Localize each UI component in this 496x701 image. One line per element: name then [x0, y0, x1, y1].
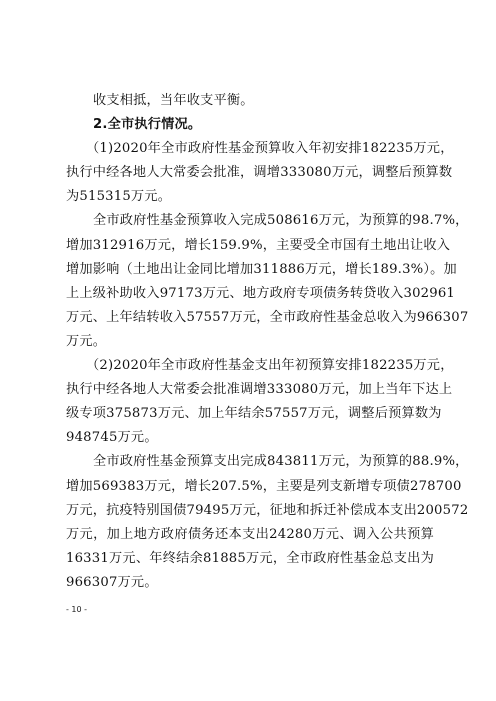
- paragraph-line: 为515315万元。: [66, 185, 434, 209]
- paragraph-line: （2)2020年全市政府性基金支出年初预算安排182235万元，: [66, 354, 434, 378]
- paragraph-line: 增加312916万元，增长159.9%，主要受全市国有土地出让收入: [66, 234, 434, 258]
- paragraph-line: 执行中经各地人大常委会批准，调增333080万元，调整后预算数: [66, 161, 434, 185]
- document-body: 收支相抵，当年收支平衡。 2.全市执行情况。 （1)2020年全市政府性基金预算…: [66, 89, 434, 595]
- paragraph-line: 万元，加上地方政府债务还本支出24280万元、调入公共预算: [66, 523, 434, 547]
- paragraph-line: 全市政府性基金预算收入完成508616万元，为预算的98.7%，: [66, 209, 434, 233]
- paragraph-line: 上上级补助收入97173万元、地方政府专项债务转贷收入302961: [66, 282, 434, 306]
- page-number: - 10 -: [66, 605, 87, 614]
- paragraph-line: 增加569383万元，增长207.5%，主要是列支新增专项债278700: [66, 475, 434, 499]
- section-heading: 2.全市执行情况。: [66, 113, 434, 137]
- paragraph-line: 全市政府性基金预算支出完成843811万元，为预算的88.9%，: [66, 450, 434, 474]
- paragraph-line: 万元，抗疫特别国债79495万元，征地和拆迁补偿成本支出200572: [66, 499, 434, 523]
- paragraph-line: 948745万元。: [66, 426, 434, 450]
- paragraph-line: 16331万元、年终结余81885万元，全市政府性基金总支出为: [66, 547, 434, 571]
- paragraph-line: （1)2020年全市政府性基金预算收入年初安排182235万元，: [66, 137, 434, 161]
- paragraph-line: 增加影响（土地出让金同比增加311886万元，增长189.3%）。加: [66, 258, 434, 282]
- paragraph-line: 万元、上年结转收入57557万元，全市政府性基金总收入为966307: [66, 306, 434, 330]
- paragraph-line: 万元。: [66, 330, 434, 354]
- paragraph-line: 966307万元。: [66, 571, 434, 595]
- paragraph-line: 执行中经各地人大常委会批准调增333080万元，加上当年下达上: [66, 378, 434, 402]
- paragraph-line: 收支相抵，当年收支平衡。: [66, 89, 434, 113]
- document-page: 收支相抵，当年收支平衡。 2.全市执行情况。 （1)2020年全市政府性基金预算…: [0, 0, 496, 701]
- paragraph-line: 级专项375873万元、加上年结余57557万元，调整后预算数为: [66, 402, 434, 426]
